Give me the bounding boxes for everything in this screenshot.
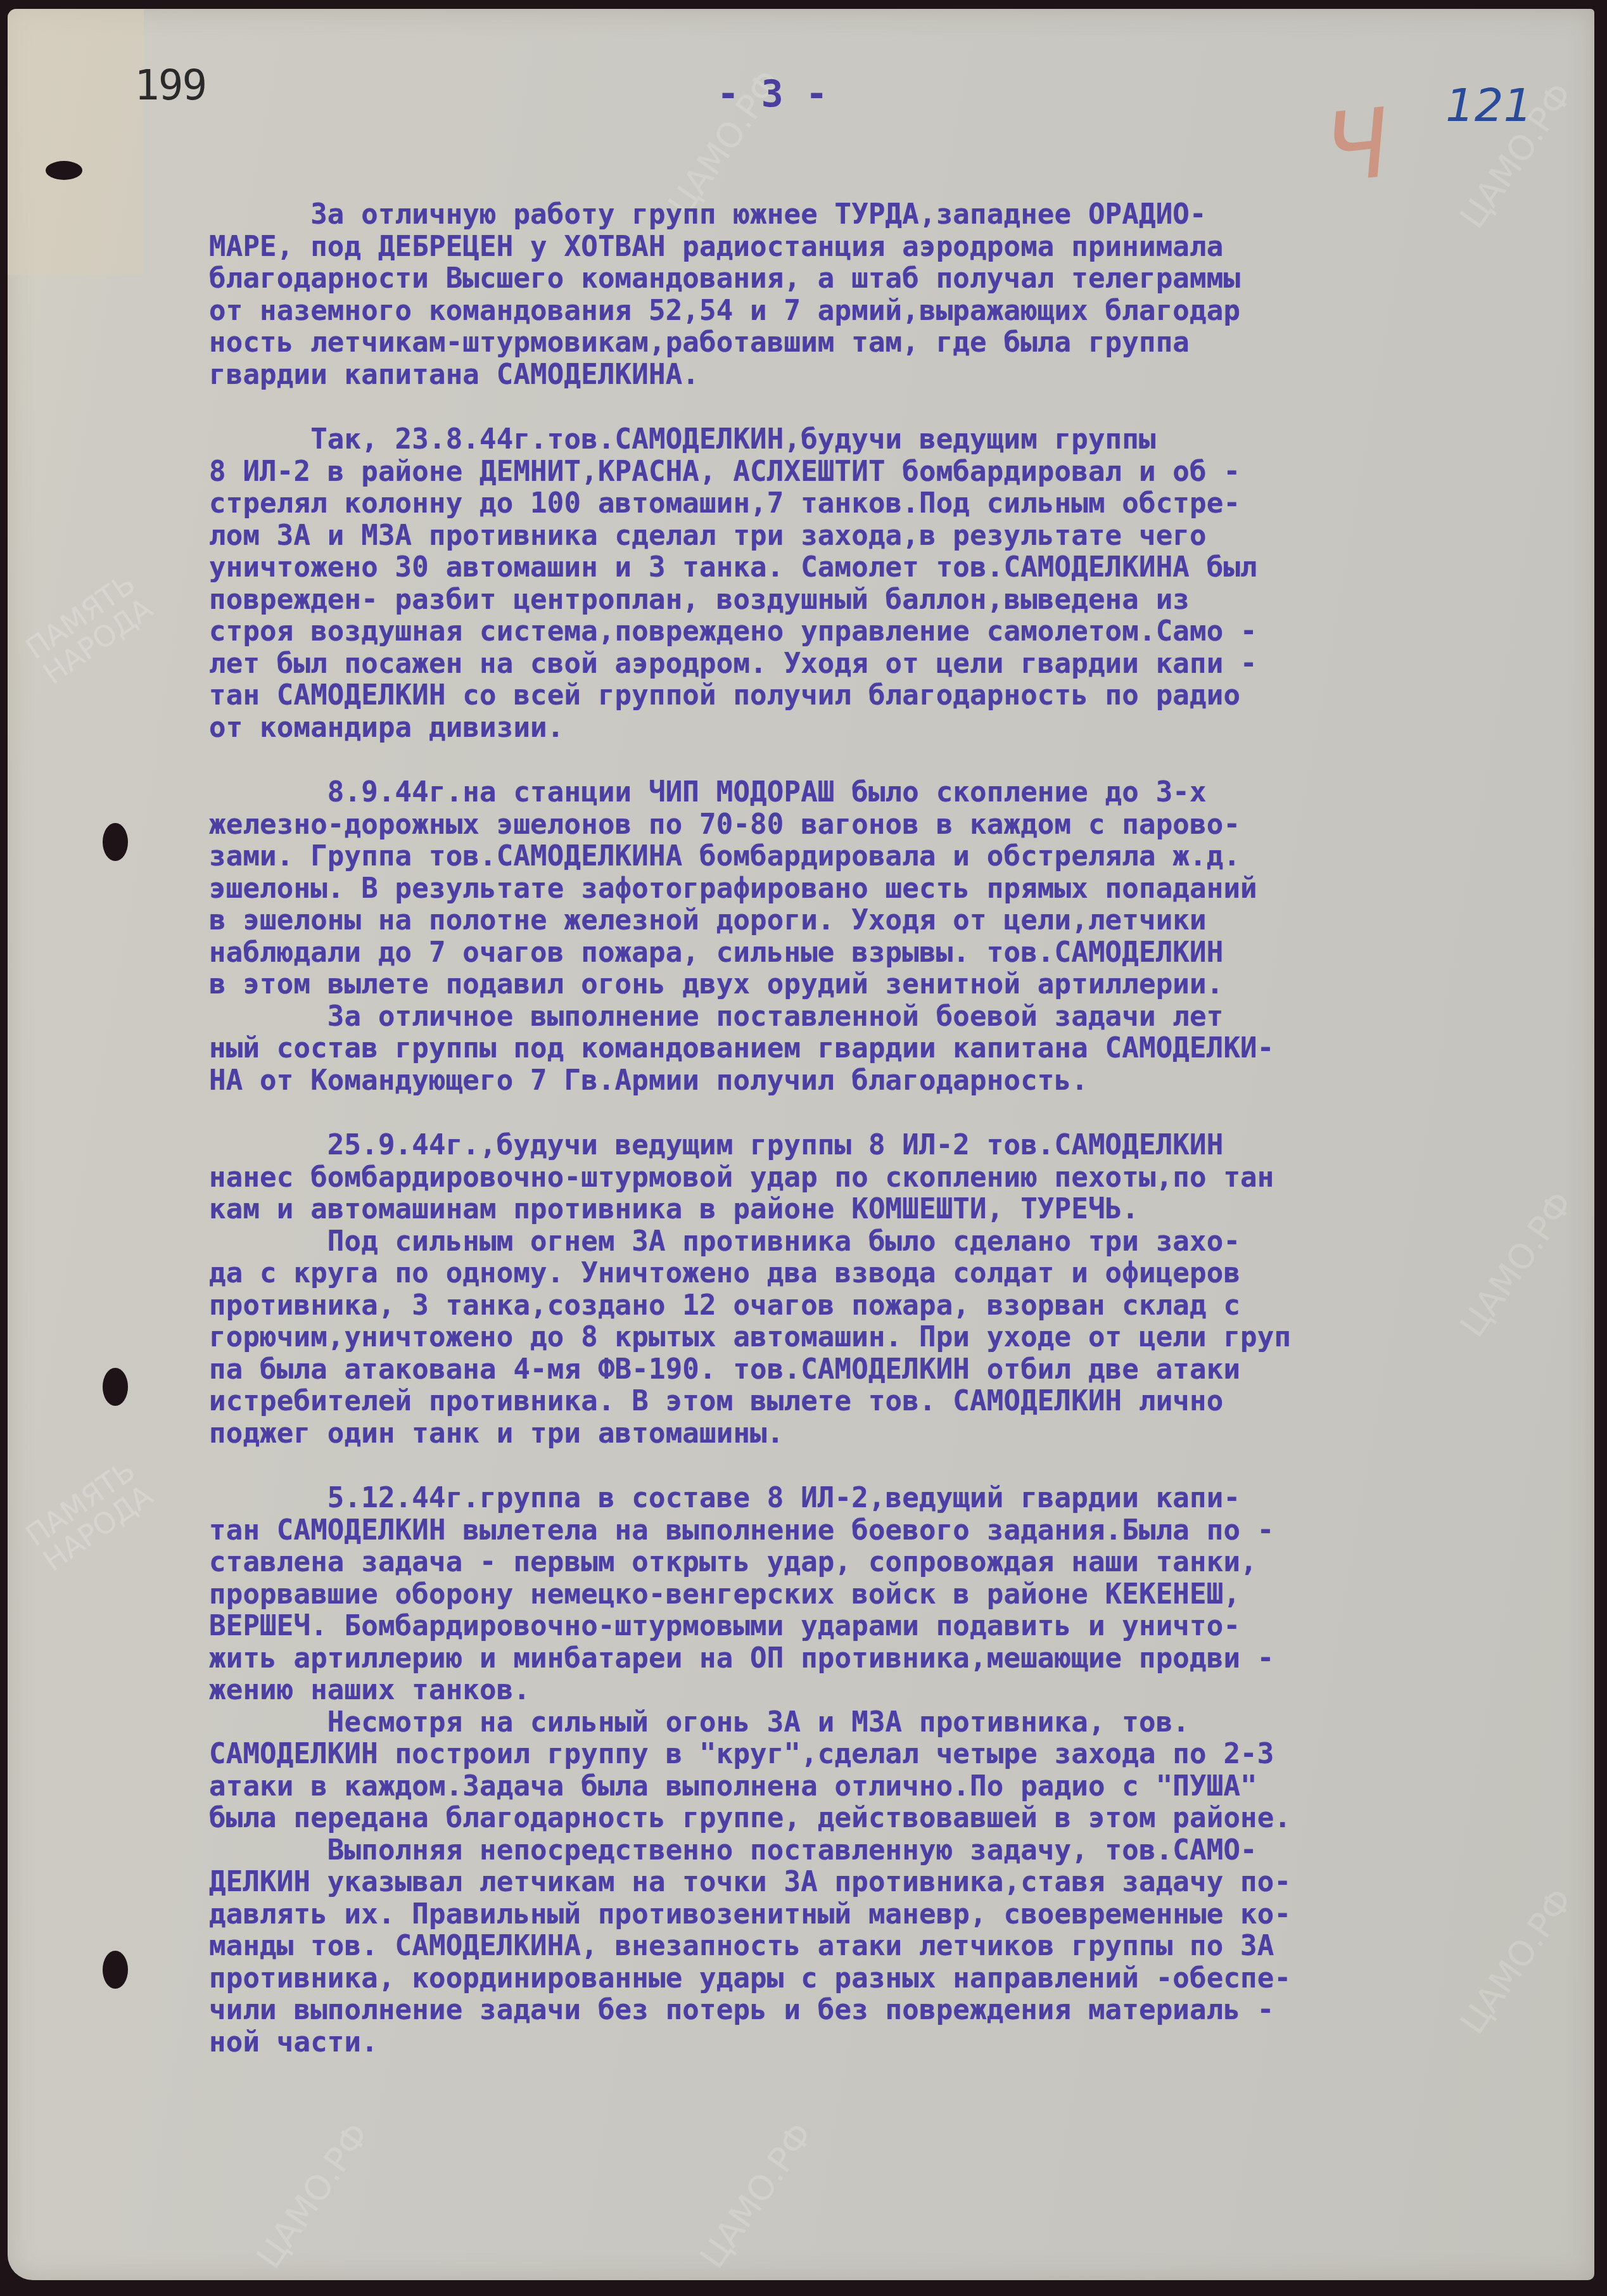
text-line: За отличную работу групп южнее ТУРДА,зап…	[209, 199, 1571, 231]
text-line: в эшелоны на полотне железной дороги. Ух…	[209, 905, 1571, 937]
text-line: лом ЗА и МЗА противника сделал три заход…	[209, 520, 1571, 552]
text-line: ДЕЛКИН указывал летчикам на точки ЗА про…	[209, 1866, 1571, 1899]
text-line: строя воздушная система,повреждено управ…	[209, 616, 1571, 648]
punch-hole	[103, 823, 128, 861]
punch-hole	[103, 1951, 128, 1989]
watermark-line: НАРОДА	[38, 592, 158, 689]
text-line: Так, 23.8.44г.тов.САМОДЕЛКИН,будучи веду…	[209, 424, 1571, 456]
text-line: от наземного командования 52,54 и 7 арми…	[209, 295, 1571, 328]
punch-hole	[103, 1368, 128, 1406]
watermark: ЦАМО.РФ	[692, 2115, 821, 2276]
text-line: тан САМОДЕЛКИН вылетела на выполнение бо…	[209, 1515, 1571, 1547]
text-line: САМОДЕЛКИН построил группу в "круг",сдел…	[209, 1738, 1571, 1771]
text-line: эшелоны. В результате зафотографировано …	[209, 873, 1571, 905]
text-line: наблюдали до 7 очагов пожара, сильные вз…	[209, 937, 1571, 969]
text-line: тан САМОДЕЛКИН со всей группой получил б…	[209, 680, 1571, 712]
text-line: железно-дорожных эшелонов по 70-80 вагон…	[209, 809, 1571, 841]
text-line: Под сильным огнем ЗА противника было сде…	[209, 1226, 1571, 1258]
paragraph: За отличную работу групп южнее ТУРДА,зап…	[209, 199, 1571, 391]
text-line: манды тов. САМОДЕЛКИНА, внезапность атак…	[209, 1930, 1571, 1963]
text-line: лет был посажен на свой аэродром. Уходя …	[209, 648, 1571, 680]
text-line: За отличное выполнение поставленной боев…	[209, 1001, 1571, 1033]
paragraph: 25.9.44г.,будучи ведущим группы 8 ИЛ-2 т…	[209, 1130, 1571, 1450]
text-line: зами. Группа тов.САМОДЕЛКИНА бомбардиров…	[209, 841, 1571, 873]
text-line: 8.9.44г.на станции ЧИП МОДОРАШ было скоп…	[209, 777, 1571, 809]
text-line: противника, 3 танка,создано 12 очагов по…	[209, 1290, 1571, 1322]
text-line: поджег один танк и три автомашины.	[209, 1418, 1571, 1450]
watermark-line: ПАМЯТЬ	[20, 1455, 140, 1552]
text-line: нанес бомбардировочно-штурмовой удар по …	[209, 1162, 1571, 1194]
text-line: Выполняя непосредственно поставленную за…	[209, 1835, 1571, 1867]
text-line: ной части.	[209, 2027, 1571, 2059]
page-marker: - 3 -	[717, 72, 828, 115]
paragraph: 5.12.44г.группа в составе 8 ИЛ-2,ведущий…	[209, 1483, 1571, 2058]
text-line: ставлена задача - первым открыть удар, с…	[209, 1547, 1571, 1579]
text-line: давлять их. Правильный противозенитный м…	[209, 1899, 1571, 1931]
text-line: уничтожено 30 автомашин и 3 танка. Самол…	[209, 552, 1571, 584]
text-line: ный состав группы под командованием гвар…	[209, 1033, 1571, 1065]
text-line: 25.9.44г.,будучи ведущим группы 8 ИЛ-2 т…	[209, 1130, 1571, 1162]
document-sheet: ЦАМО.РФ ЦАМО.РФ ЦАМО.РФ ЦАМО.РФ ЦАМО.РФ …	[8, 9, 1594, 2280]
text-line: горючим,уничтожено до 8 крытых автомашин…	[209, 1322, 1571, 1354]
document-body: За отличную работу групп южнее ТУРДА,зап…	[209, 199, 1571, 2058]
text-line: ность летчикам-штурмовикам,работавшим та…	[209, 327, 1571, 359]
handwritten-mark: Ч	[1319, 88, 1395, 205]
text-line: была передана благодарность группе, дейс…	[209, 1802, 1571, 1835]
text-line: ВЕРШЕЧ. Бомбардировочно-штурмовыми удара…	[209, 1610, 1571, 1643]
text-line: па была атакована 4-мя ФВ-190. тов.САМОД…	[209, 1354, 1571, 1386]
text-line: истребителей противника. В этом вылете т…	[209, 1386, 1571, 1418]
text-line: Несмотря на сильный огонь ЗА и МЗА проти…	[209, 1707, 1571, 1739]
text-line: поврежден- разбит центроплан, воздушный …	[209, 584, 1571, 616]
watermark: ЦАМО.РФ	[249, 2115, 378, 2276]
sheet-number: 199	[134, 61, 206, 110]
text-line: жению наших танков.	[209, 1674, 1571, 1707]
text-line: жить артиллерию и минбатареи на ОП проти…	[209, 1643, 1571, 1675]
watermark-line: ПАМЯТЬ	[20, 568, 140, 665]
paragraph: Так, 23.8.44г.тов.САМОДЕЛКИН,будучи веду…	[209, 424, 1571, 744]
text-line: прорвавшие оборону немецко-венгерских во…	[209, 1579, 1571, 1611]
text-line: противника, координированные удары с раз…	[209, 1963, 1571, 1995]
watermark-side: ПАМЯТЬ НАРОДА	[20, 1455, 158, 1576]
paper-strip	[8, 9, 144, 275]
text-line: в этом вылете подавил огонь двух орудий …	[209, 969, 1571, 1001]
watermark-line: НАРОДА	[38, 1479, 158, 1576]
text-line: 5.12.44г.группа в составе 8 ИЛ-2,ведущий…	[209, 1483, 1571, 1515]
text-line: кам и автомашинам противника в районе КО…	[209, 1194, 1571, 1226]
punch-hole	[46, 161, 82, 180]
text-line: гвардии капитана САМОДЕЛКИНА.	[209, 359, 1571, 392]
archive-number: 121	[1445, 79, 1532, 132]
watermark-side: ПАМЯТЬ НАРОДА	[20, 568, 158, 689]
text-line: атаки в каждом.Задача была выполнена отл…	[209, 1771, 1571, 1803]
text-line: чили выполнение задачи без потерь и без …	[209, 1994, 1571, 2027]
text-line: 8 ИЛ-2 в районе ДЕМНИТ,КРАСНА, АСЛХЕШТИТ…	[209, 456, 1571, 488]
text-line: стрелял колонну до 100 автомашин,7 танко…	[209, 488, 1571, 520]
text-line: НА от Командующего 7 Гв.Армии получил бл…	[209, 1065, 1571, 1097]
text-line: МАРЕ, под ДЕБРЕЦЕН у ХОТВАН радиостанция…	[209, 231, 1571, 264]
text-line: благодарности Высшего командования, а шт…	[209, 263, 1571, 295]
paragraph: 8.9.44г.на станции ЧИП МОДОРАШ было скоп…	[209, 777, 1571, 1097]
text-line: да с круга по одному. Уничтожено два взв…	[209, 1258, 1571, 1290]
text-line: от командира дивизии.	[209, 712, 1571, 744]
